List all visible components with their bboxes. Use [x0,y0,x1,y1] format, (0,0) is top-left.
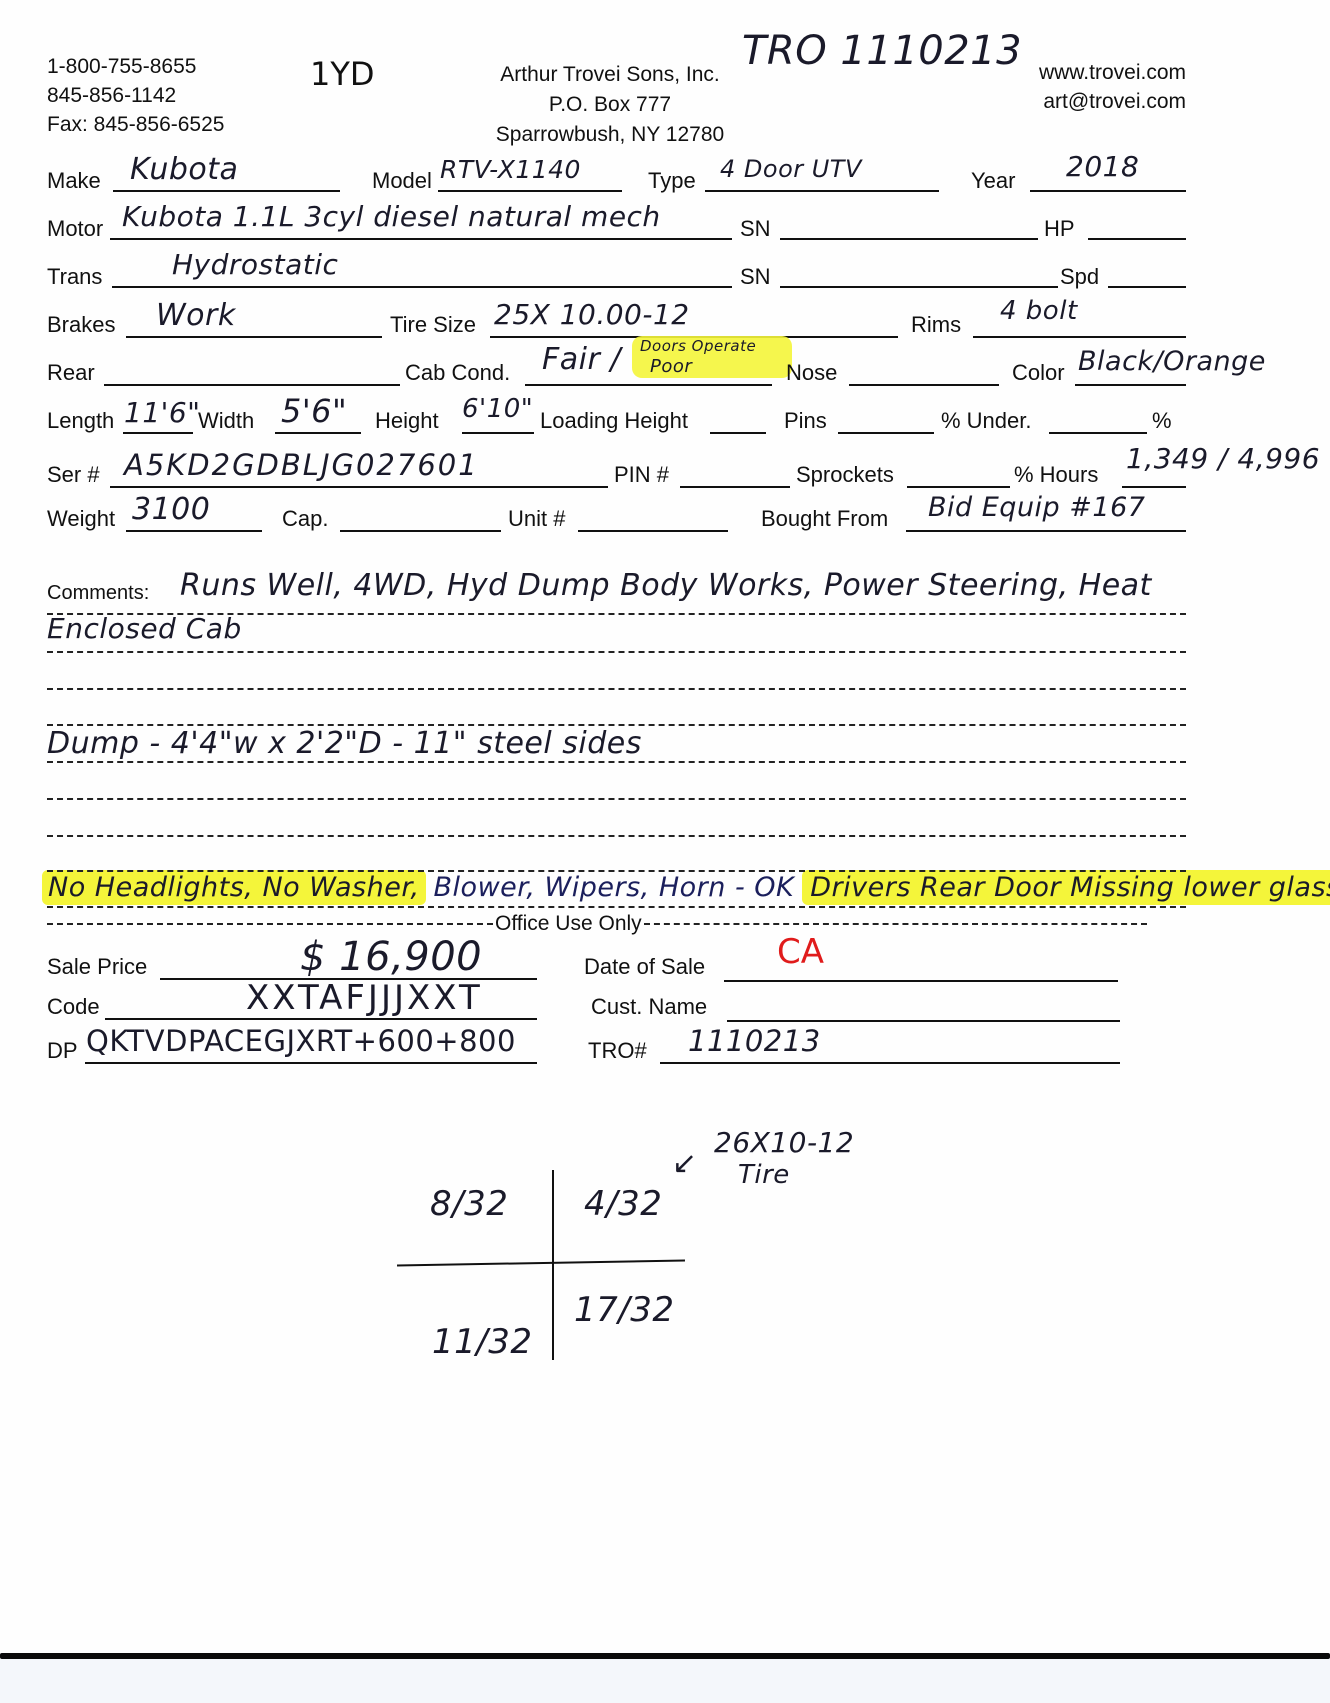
city-address: Sparrowbush, NY 12780 [470,120,750,150]
weight-label: Weight [47,506,115,532]
sale-price-value[interactable]: $ 16,900 [300,934,482,980]
pct-hours-value[interactable]: 1,349 / 4,996 mi [1126,442,1330,475]
highlight-part-1: No Headlights, No Washer, [42,870,426,905]
trans-value[interactable]: Hydrostatic [172,248,338,281]
email: art@trovei.com [1000,87,1186,116]
ser-label: Ser # [47,462,100,488]
highlight-part-3: Drivers Rear Door Missing lower glass [802,870,1330,905]
pct-hours-label: % Hours [1014,462,1098,488]
stamp-1yd: 1YD [310,55,375,93]
dp-label: DP [47,1038,78,1064]
pct-under-suffix: % [1152,408,1172,434]
rear-label: Rear [47,360,95,386]
tro-value[interactable]: 1110213 [688,1024,821,1058]
tread-grid-horizontal [397,1259,685,1266]
motor-sn-label: SN [740,216,771,242]
fax-number: Fax: 845-856-6525 [47,110,224,139]
date-of-sale-stamp: CA [777,932,824,972]
tread-grid-vertical [552,1170,554,1360]
model-value[interactable]: RTV-X1140 [440,155,581,184]
year-value[interactable]: 2018 [1066,150,1139,183]
brakes-value[interactable]: Work [156,298,236,333]
cab-cond-note-top: Doors Operate [640,337,756,355]
company-name: Arthur Trovei Sons, Inc. [470,60,750,90]
code-label: Code [47,994,100,1020]
tire-note-size: 26X10-12 [714,1126,854,1159]
type-value[interactable]: 4 Door UTV [720,155,862,183]
trans-sn-label: SN [740,264,771,290]
phone-local: 845-856-1142 [47,81,224,110]
length-value[interactable]: 11'6" [124,396,201,429]
spd-label: Spd [1060,264,1099,290]
brakes-label: Brakes [47,312,115,338]
tread-front-left: 8/32 [430,1184,508,1224]
tire-note-label: Tire [738,1160,790,1190]
pins-label: Pins [784,408,827,434]
po-box: P.O. Box 777 [470,90,750,120]
tread-rear-left: 11/32 [432,1322,532,1362]
rims-value[interactable]: 4 bolt [1000,296,1078,326]
type-label: Type [648,168,696,194]
company-block: Arthur Trovei Sons, Inc. P.O. Box 777 Sp… [470,60,750,150]
tro-number-handwritten: TRO 1110213 [742,28,1022,74]
bought-from-label: Bought From [761,506,888,532]
unit-label: Unit # [508,506,565,532]
office-use-label: Office Use Only [493,912,644,936]
work-order-sheet: 1-800-755-8655 845-856-1142 Fax: 845-856… [0,0,1330,1655]
sale-price-label: Sale Price [47,954,147,980]
office-use-divider: Office Use Only [47,912,1147,936]
loading-height-label: Loading Height [540,408,688,434]
width-label: Width [198,408,254,434]
make-value[interactable]: Kubota [130,152,238,187]
date-of-sale-label: Date of Sale [584,954,705,980]
color-value[interactable]: Black/Orange [1078,346,1266,377]
comment-line-5[interactable]: Dump - 4'4"w x 2'2"D - 11" steel sides [47,726,642,761]
color-label: Color [1012,360,1065,386]
height-label: Height [375,408,439,434]
ser-value[interactable]: A5KD2GDBLJG027601 [124,448,479,482]
comments-label: Comments: [47,582,149,605]
cap-label: Cap. [282,506,328,532]
comment-line-1[interactable]: Runs Well, 4WD, Hyd Dump Body Works, Pow… [180,568,1152,603]
dp-value[interactable]: QKTVDPACEGJXRT+600+800 [86,1024,516,1058]
contact-block: 1-800-755-8655 845-856-1142 Fax: 845-856… [47,52,224,139]
motor-value[interactable]: Kubota 1.1L 3cyl diesel natural mech [122,200,661,233]
website: www.trovei.com [1000,58,1186,87]
scan-background [0,1659,1330,1703]
tread-rear-right: 17/32 [574,1290,674,1330]
year-label: Year [971,168,1015,194]
bought-from-value[interactable]: Bid Equip #167 [928,492,1145,523]
phone-tollfree: 1-800-755-8655 [47,52,224,81]
tread-front-right: 4/32 [584,1184,662,1224]
motor-label: Motor [47,216,103,242]
make-label: Make [47,168,101,194]
code-value[interactable]: XXTAFJJJXXT [246,978,483,1018]
web-block: www.trovei.com art@trovei.com [1000,58,1186,116]
arrow-icon: ↙ [672,1146,698,1181]
sprockets-label: Sprockets [796,462,894,488]
cab-cond-note-bottom: Poor [650,356,692,377]
rims-label: Rims [911,312,961,338]
model-label: Model [372,168,432,194]
highlight-part-2: Blower, Wipers, Horn - OK [426,870,803,905]
length-label: Length [47,408,114,434]
cust-name-label: Cust. Name [591,994,707,1020]
pct-under-label: % Under. [941,408,1032,434]
comment-line-2[interactable]: Enclosed Cab [47,612,242,645]
tro-label: TRO# [588,1038,647,1064]
tire-size-label: Tire Size [390,312,476,338]
hp-label: HP [1044,216,1075,242]
trans-label: Trans [47,264,102,290]
nose-label: Nose [786,360,837,386]
tire-size-value[interactable]: 25X 10.00-12 [494,298,690,331]
height-value[interactable]: 6'10" [462,394,533,424]
comment-highlight-line[interactable]: No Headlights, No Washer, Blower, Wipers… [42,866,1330,908]
weight-value[interactable]: 3100 [132,492,210,527]
width-value[interactable]: 5'6" [281,392,347,430]
cab-cond-value[interactable]: Fair / [542,342,621,377]
pin-label: PIN # [614,462,669,488]
cab-cond-label: Cab Cond. [405,360,510,386]
